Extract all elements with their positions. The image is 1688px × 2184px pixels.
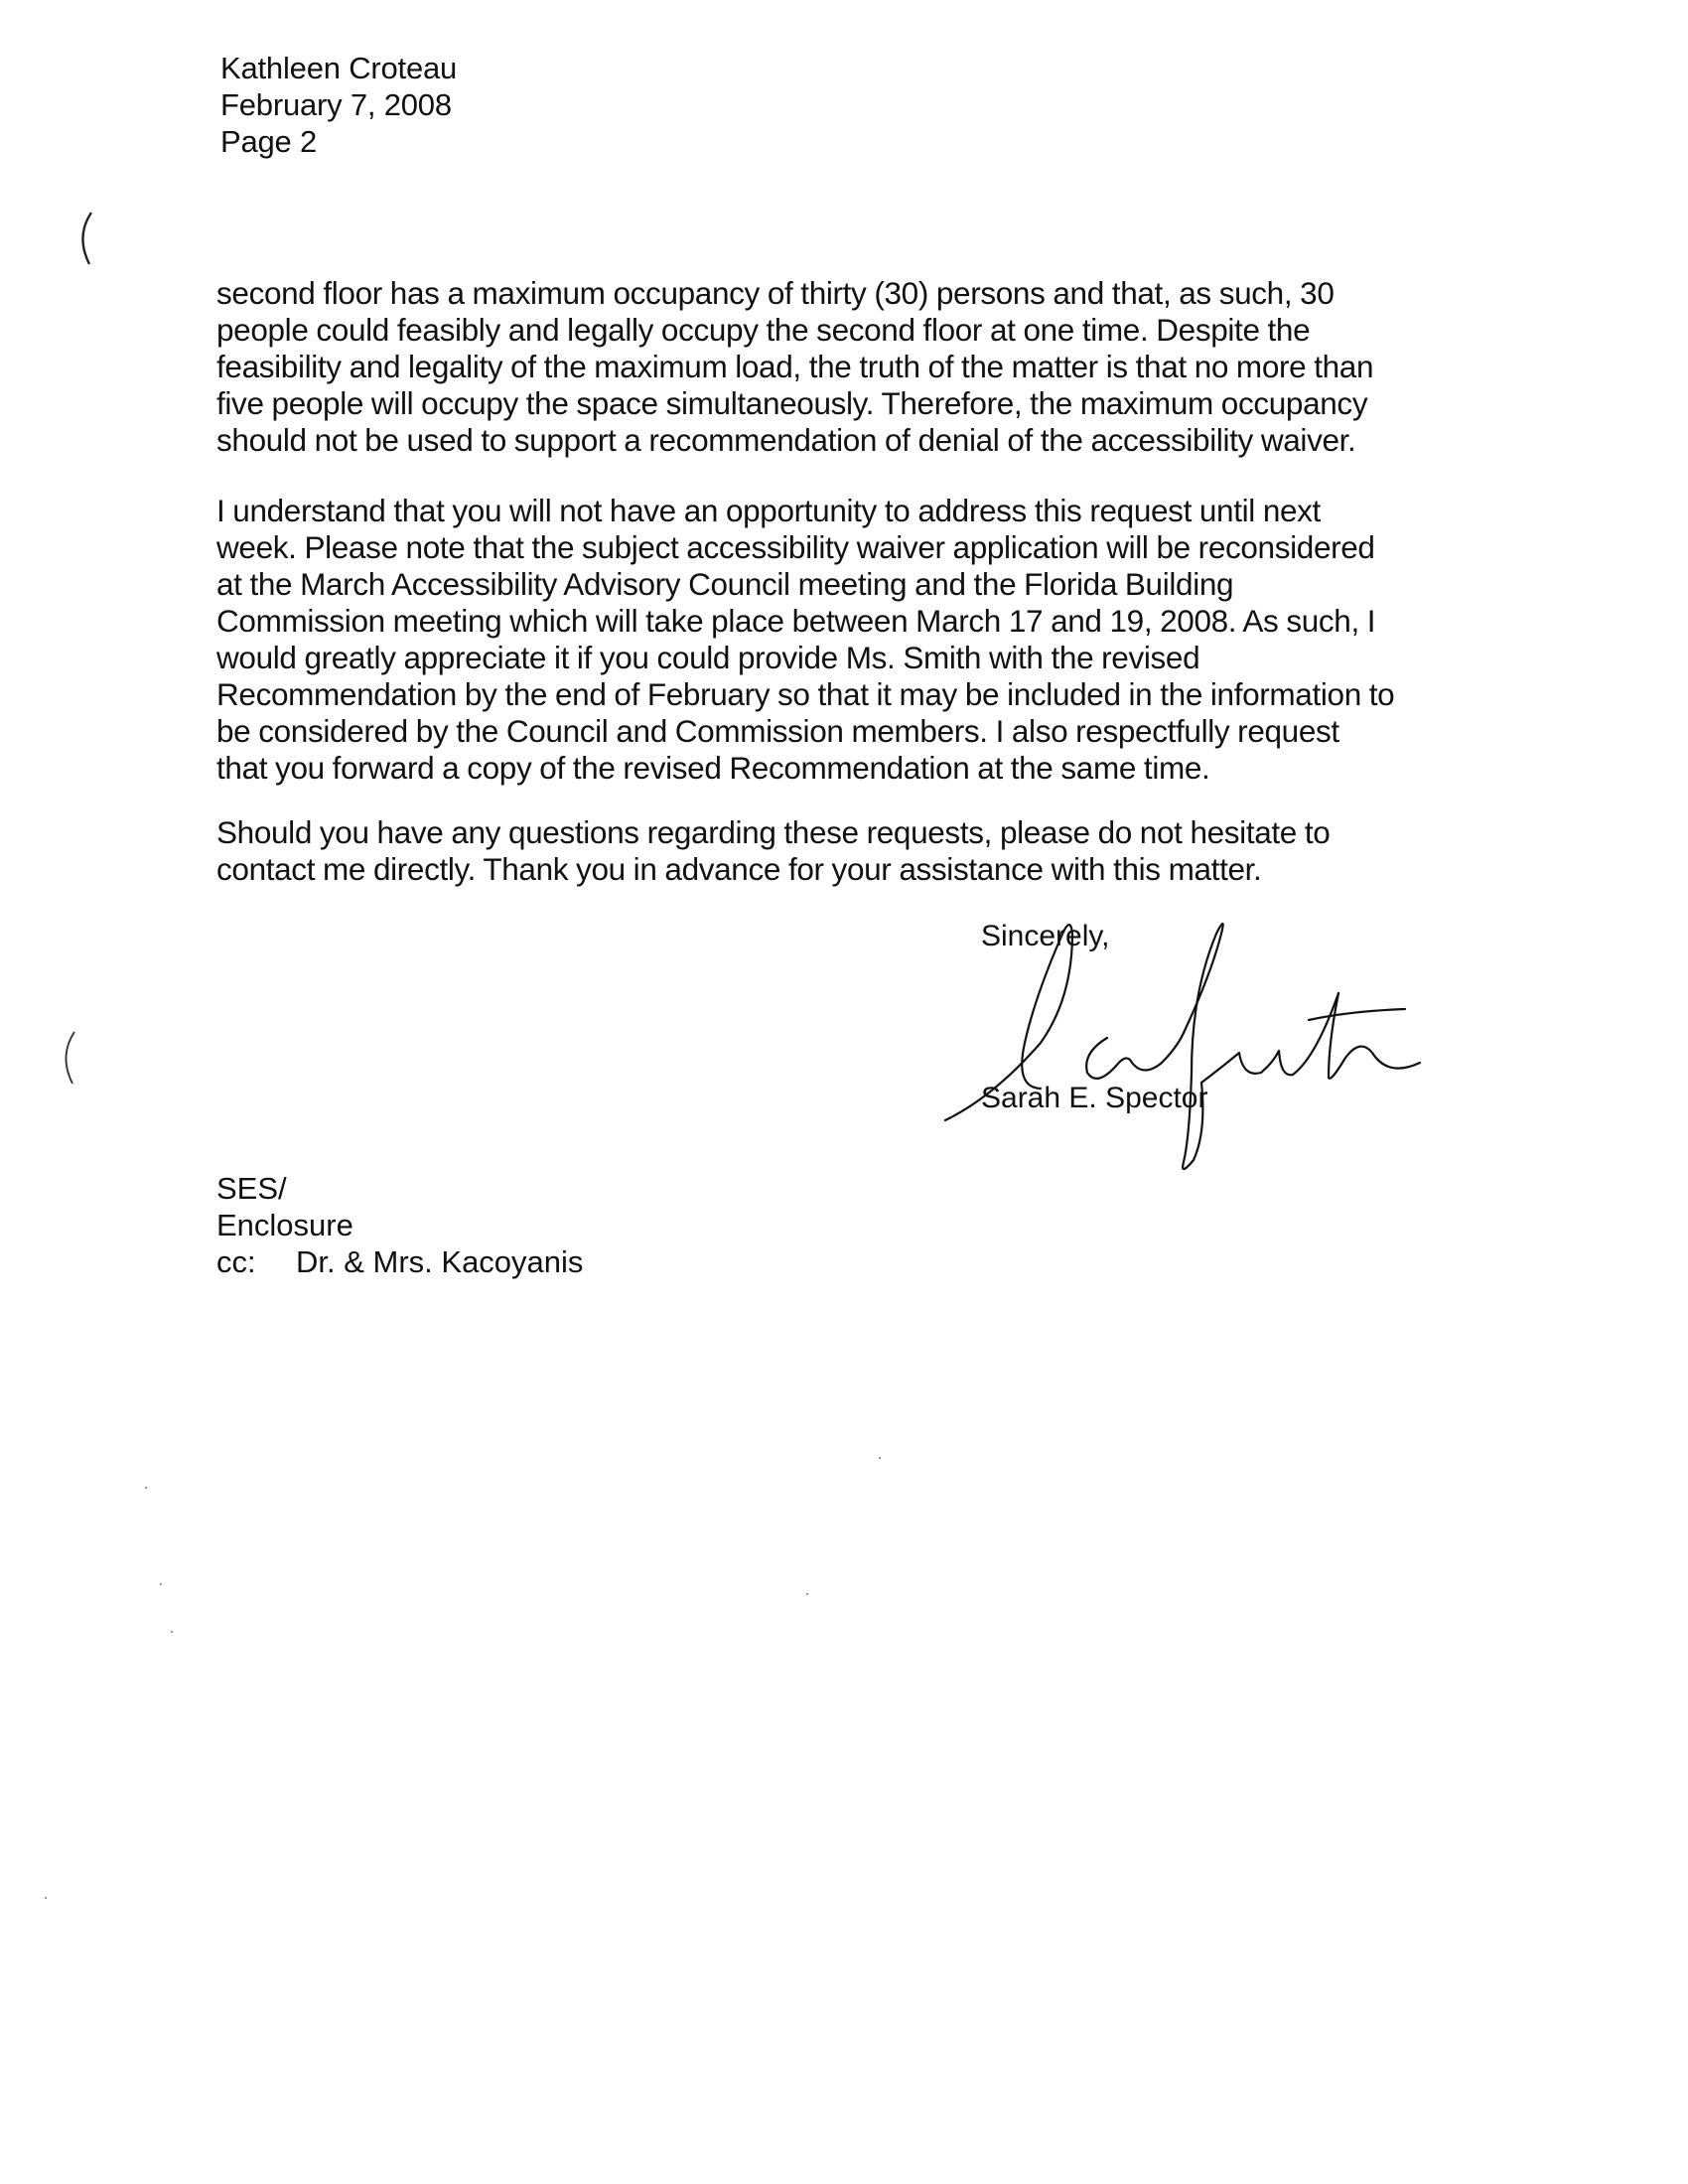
cc-label: cc:: [216, 1243, 296, 1280]
page-number: Page 2: [220, 123, 457, 160]
text-line: be considered by the Council and Commiss…: [216, 713, 1497, 750]
closing-salutation: Sincerely,: [981, 919, 1110, 954]
scan-speck: [171, 1631, 173, 1633]
text-line: I understand that you will not have an o…: [216, 493, 1497, 529]
text-line: would greatly appreciate it if you could…: [216, 640, 1497, 676]
text-line: second floor has a maximum occupancy of …: [216, 275, 1497, 312]
recipient-name: Kathleen Croteau: [220, 50, 457, 86]
paragraph-occupancy: second floor has a maximum occupancy of …: [216, 275, 1497, 459]
author-initials: SES/: [216, 1170, 583, 1207]
cc-line: cc:Dr. & Mrs. Kacoyanis: [216, 1243, 583, 1280]
letter-page: Kathleen Croteau February 7, 2008 Page 2…: [0, 0, 1688, 2184]
scan-speck: [879, 1457, 881, 1459]
text-line: week. Please note that the subject acces…: [216, 529, 1497, 566]
cc-recipients: Dr. & Mrs. Kacoyanis: [296, 1244, 583, 1279]
paragraph-contact: Should you have any questions regarding …: [216, 814, 1497, 888]
enclosure-note: Enclosure: [216, 1207, 583, 1243]
paragraph-request: I understand that you will not have an o…: [216, 493, 1497, 787]
text-line: should not be used to support a recommen…: [216, 422, 1497, 459]
text-line: Commission meeting which will take place…: [216, 603, 1497, 640]
letter-date: February 7, 2008: [220, 86, 457, 123]
text-line: Should you have any questions regarding …: [216, 814, 1497, 851]
text-line: five people will occupy the space simult…: [216, 385, 1497, 422]
text-line: people could feasibly and legally occupy…: [216, 312, 1497, 349]
left-margin-bracket-icon: [70, 209, 99, 268]
scan-speck: [160, 1583, 162, 1585]
scan-speck: [45, 1897, 47, 1899]
text-line: at the March Accessibility Advisory Coun…: [216, 566, 1497, 603]
text-line: that you forward a copy of the revised R…: [216, 750, 1497, 787]
signer-name: Sarah E. Spector: [981, 1081, 1207, 1116]
text-line: contact me directly. Thank you in advanc…: [216, 851, 1497, 888]
left-margin-bracket-icon: [55, 1028, 84, 1088]
text-line: feasibility and legality of the maximum …: [216, 349, 1497, 385]
letter-header: Kathleen Croteau February 7, 2008 Page 2: [220, 50, 457, 160]
letter-footer: SES/ Enclosure cc:Dr. & Mrs. Kacoyanis: [216, 1170, 583, 1280]
text-line: Recommendation by the end of February so…: [216, 676, 1497, 713]
scan-speck: [806, 1593, 808, 1595]
scan-speck: [145, 1487, 147, 1489]
